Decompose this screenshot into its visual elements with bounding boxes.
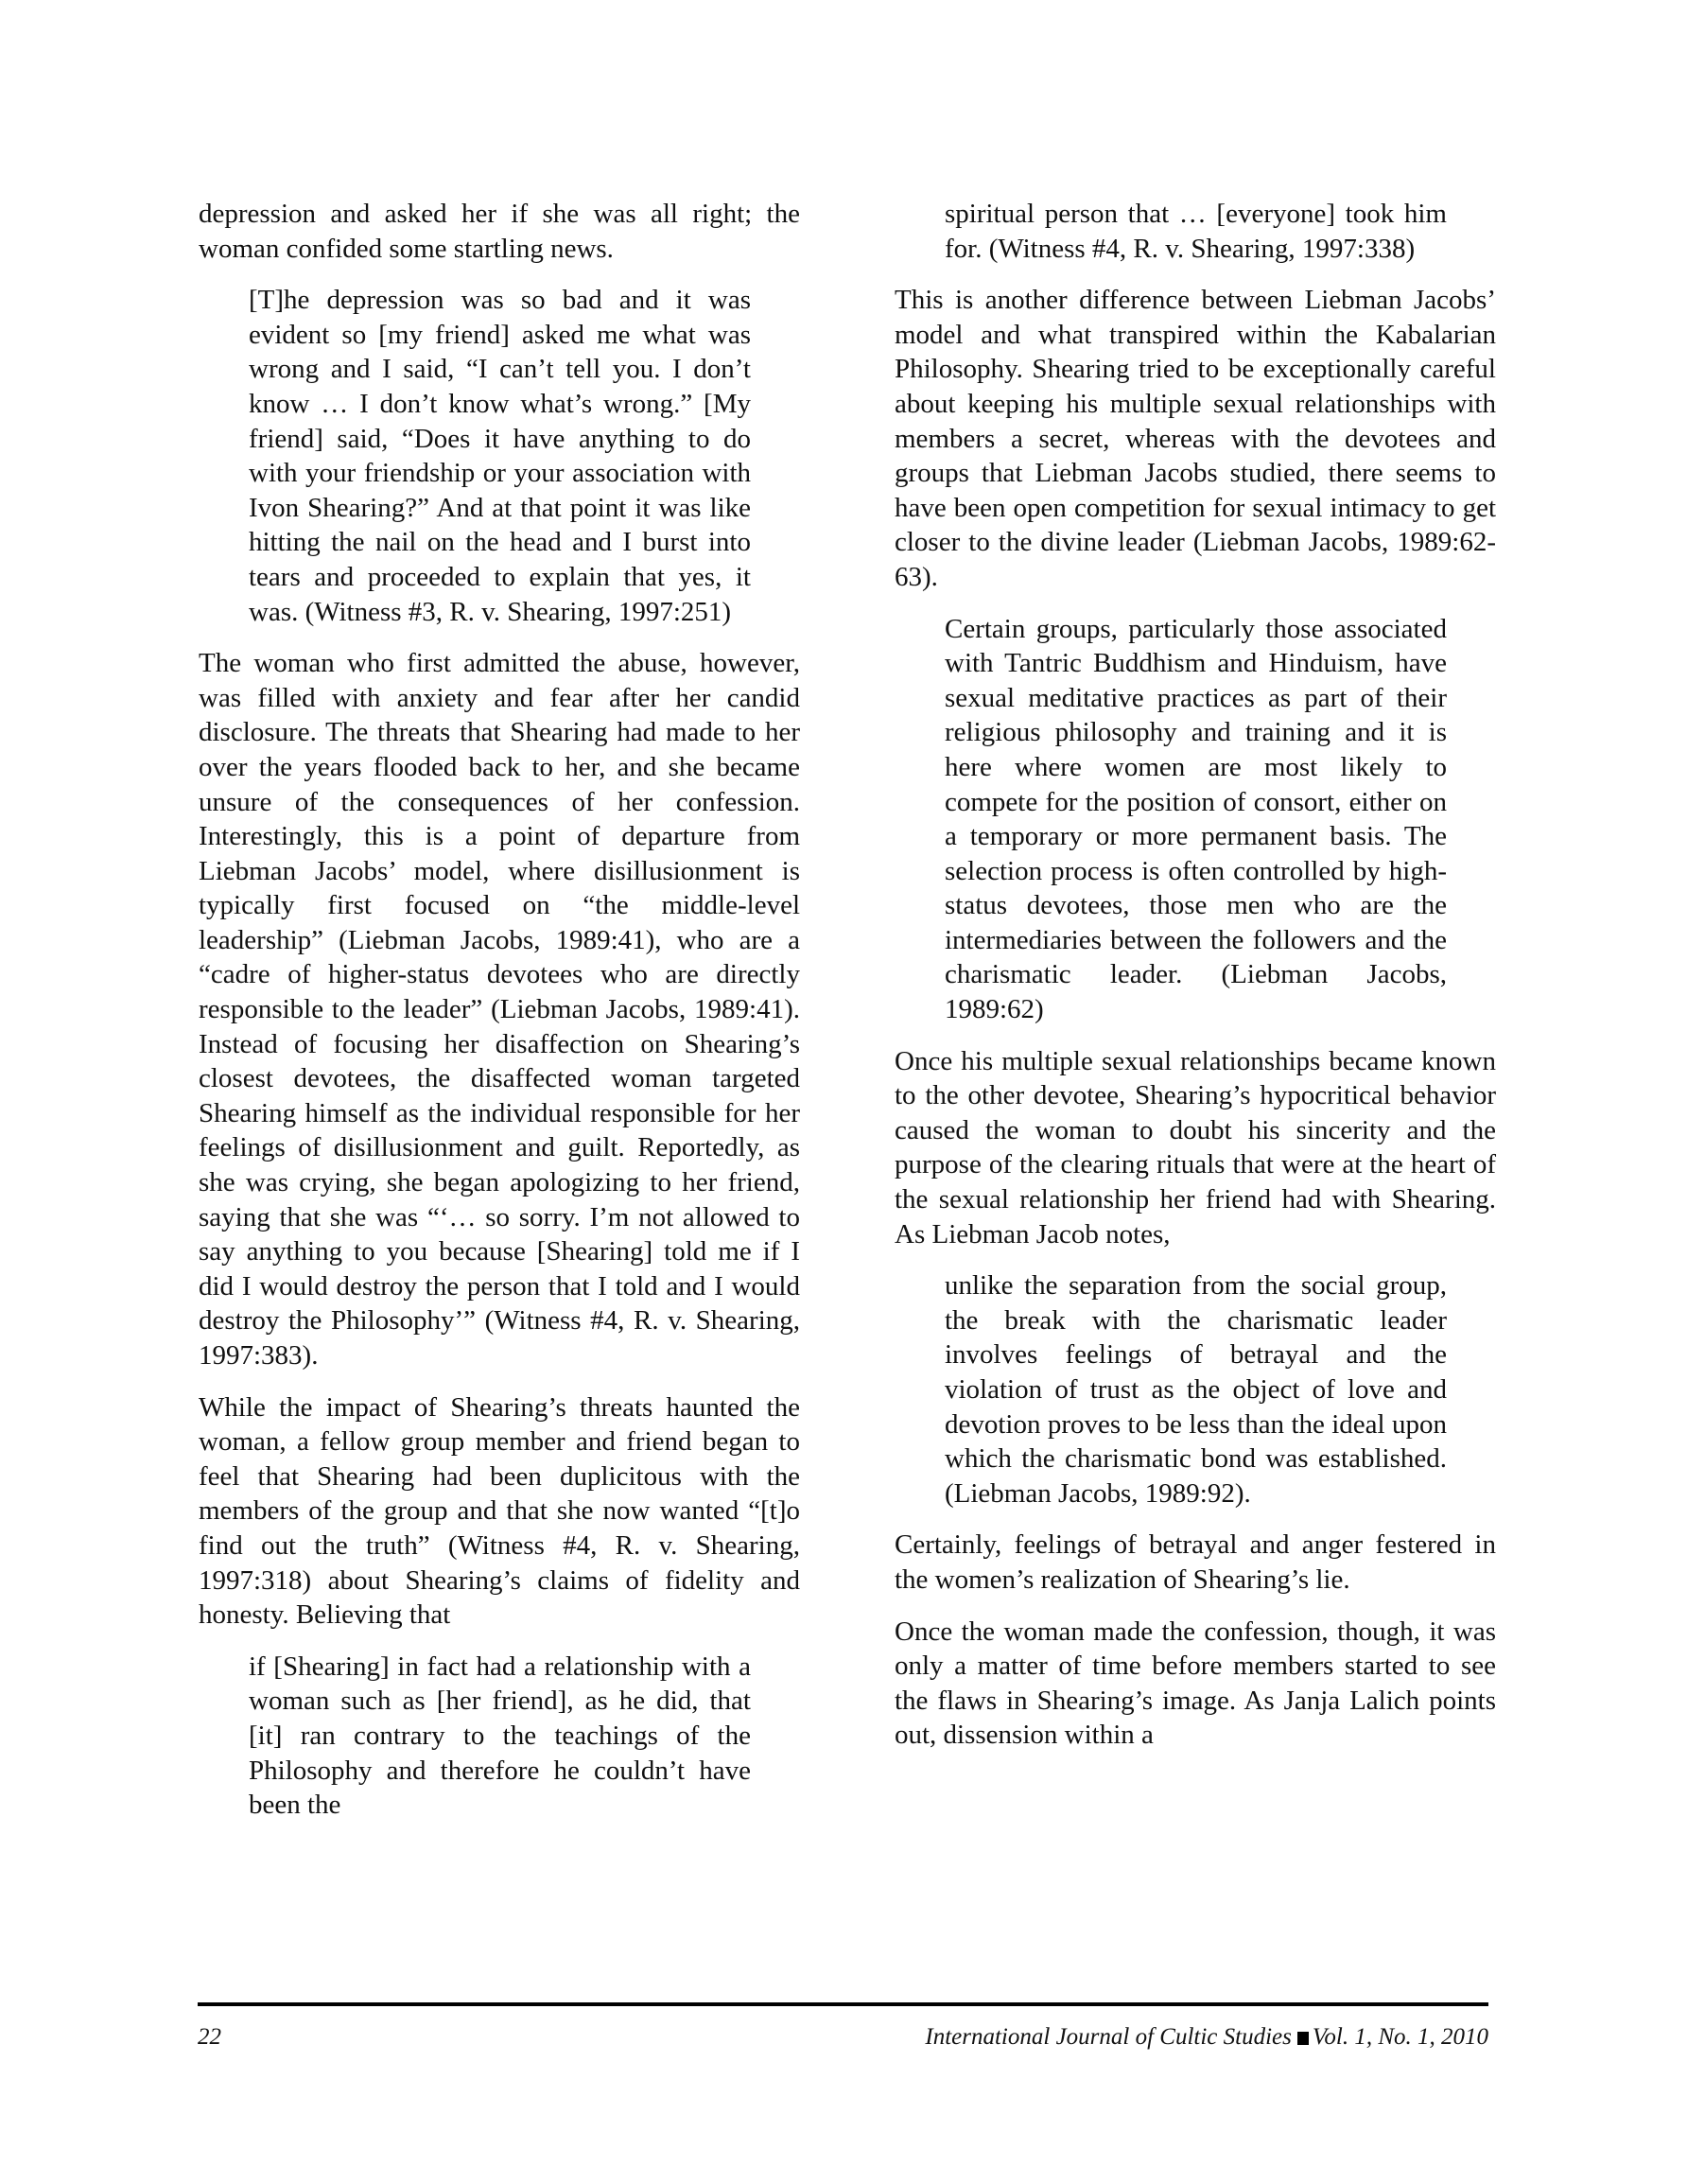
black-square-icon: [1297, 2032, 1309, 2045]
page-number: 22: [198, 2024, 221, 2051]
paragraph: While the impact of Shearing’s threats h…: [199, 1390, 800, 1633]
paragraph: This is another difference between Liebm…: [895, 283, 1496, 594]
paragraph: Once his multiple sexual relationships b…: [895, 1044, 1496, 1252]
footer-rule: [198, 2002, 1488, 2006]
block-quote: spiritual person that … [everyone] took …: [945, 197, 1447, 266]
block-quote: [T]he depression was so bad and it was e…: [249, 283, 751, 629]
journal-citation: International Journal of Cultic StudiesV…: [925, 2024, 1488, 2051]
block-quote: unlike the separation from the social gr…: [945, 1268, 1447, 1511]
issue-info: Vol. 1, No. 1, 2010: [1313, 2024, 1488, 2050]
paragraph: Certainly, feelings of betrayal and ange…: [895, 1528, 1496, 1597]
block-quote: Certain groups, particularly those assoc…: [945, 612, 1447, 1027]
block-quote: if [Shearing] in fact had a relationship…: [249, 1650, 751, 1823]
paragraph: Once the woman made the confession, thou…: [895, 1615, 1496, 1753]
left-column: depression and asked her if she was all …: [199, 197, 800, 1840]
journal-title: International Journal of Cultic Studies: [925, 2024, 1291, 2050]
paragraph: The woman who first admitted the abuse, …: [199, 646, 800, 1372]
paragraph: depression and asked her if she was all …: [199, 197, 800, 266]
right-column: spiritual person that … [everyone] took …: [895, 197, 1496, 1770]
